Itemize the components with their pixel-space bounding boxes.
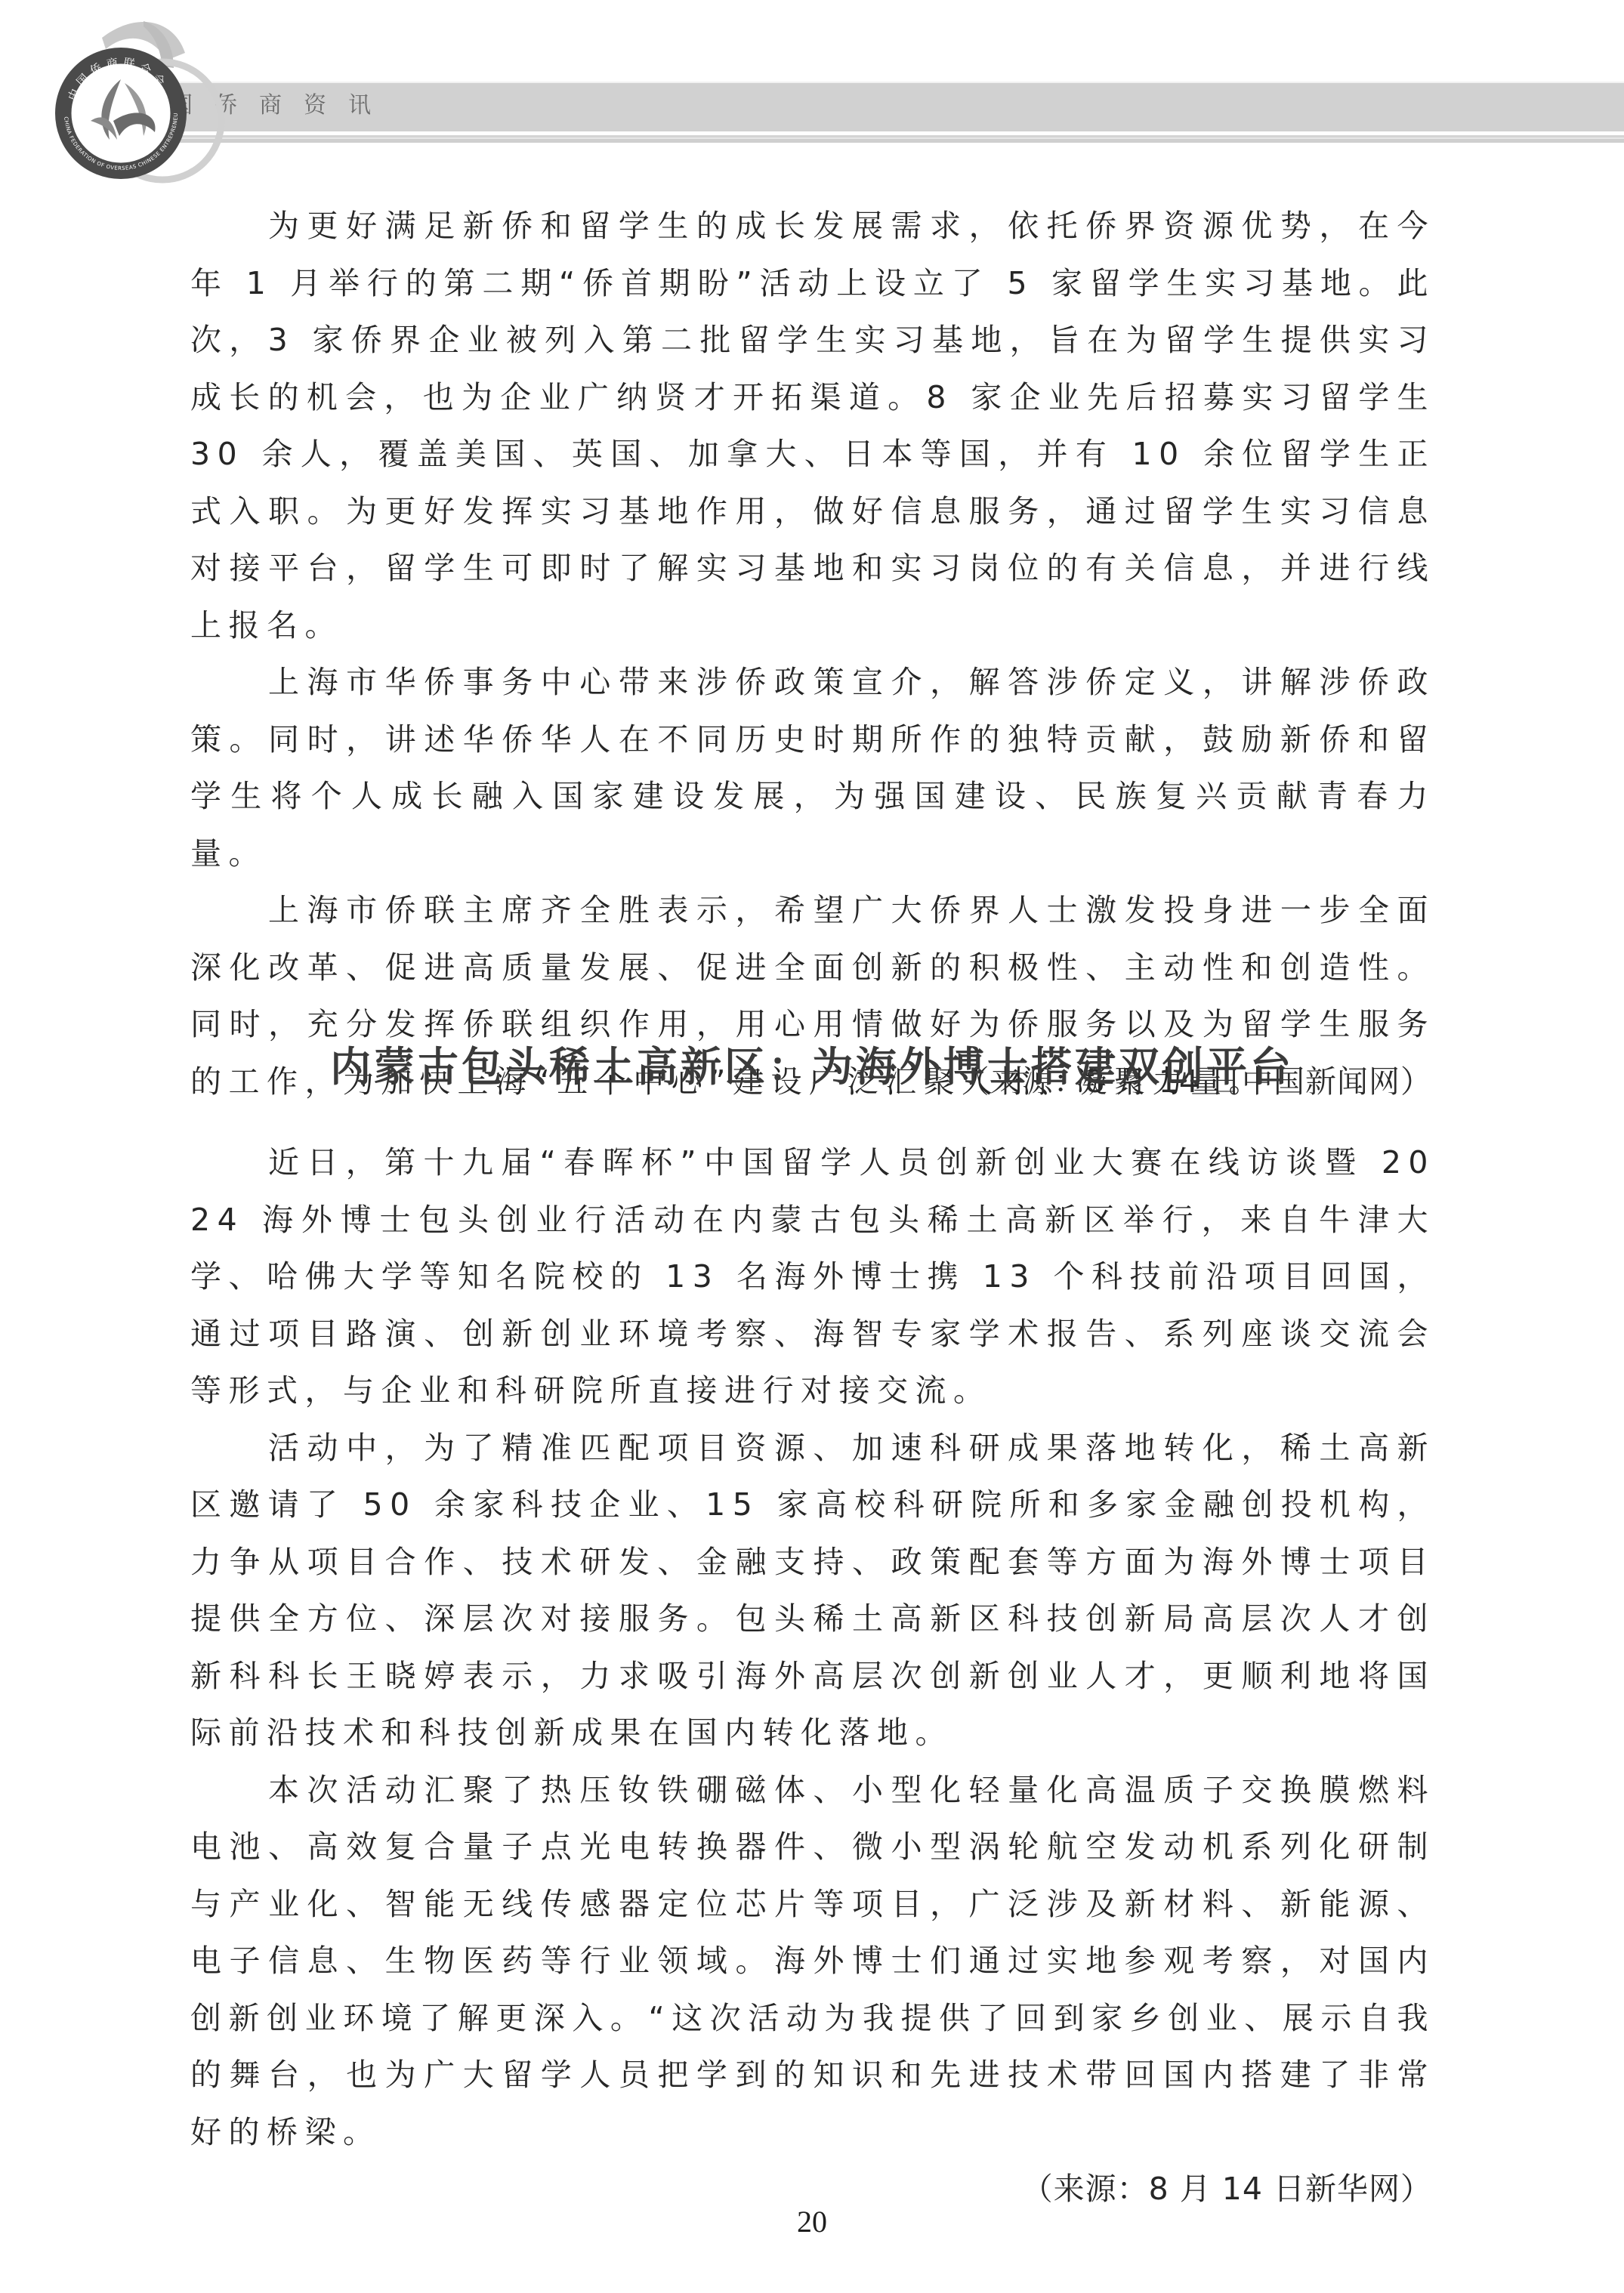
article-continued: 为更好满足新侨和留学生的成长发展需求，依托侨界资源优势，在今年 1 月举行的第二… xyxy=(190,198,1435,1110)
header-rule xyxy=(110,135,1624,143)
page-number: 20 xyxy=(0,2204,1624,2239)
article-paragraph: 本次活动汇聚了热压钕铁硼磁体、小型化轻量化高温质子交换膜燃料电池、高效复合量子点… xyxy=(190,1762,1435,2162)
article-paragraph: 上海市华侨事务中心带来涉侨政策宣介，解答涉侨定义，讲解涉侨政策。同时，讲述华侨华… xyxy=(190,654,1435,882)
article-paragraph: 近日，第十九届“春晖杯”中国留学人员创新创业大赛在线访谈暨 2024 海外博士包… xyxy=(190,1134,1435,1420)
federation-logo-icon: 中国侨商联合会 CHINA FEDERATION OF OVERSEAS CHI… xyxy=(30,8,227,189)
article-paragraph: 为更好满足新侨和留学生的成长发展需求，依托侨界资源优势，在今年 1 月举行的第二… xyxy=(190,198,1435,654)
page-header: 中国侨商资讯 中国侨商联合会 CHINA FEDERATION OF OVERS… xyxy=(0,0,1624,196)
article-body: 近日，第十九届“春晖杯”中国留学人员创新创业大赛在线访谈暨 2024 海外博士包… xyxy=(190,1134,1435,2218)
article-title: 内蒙古包头稀土高新区：为海外博士搭建双创平台 xyxy=(0,1041,1624,1094)
article-paragraph: 活动中，为了精准匹配项目资源、加速科研成果落地转化，稀土高新区邀请了 50 余家… xyxy=(190,1420,1435,1762)
